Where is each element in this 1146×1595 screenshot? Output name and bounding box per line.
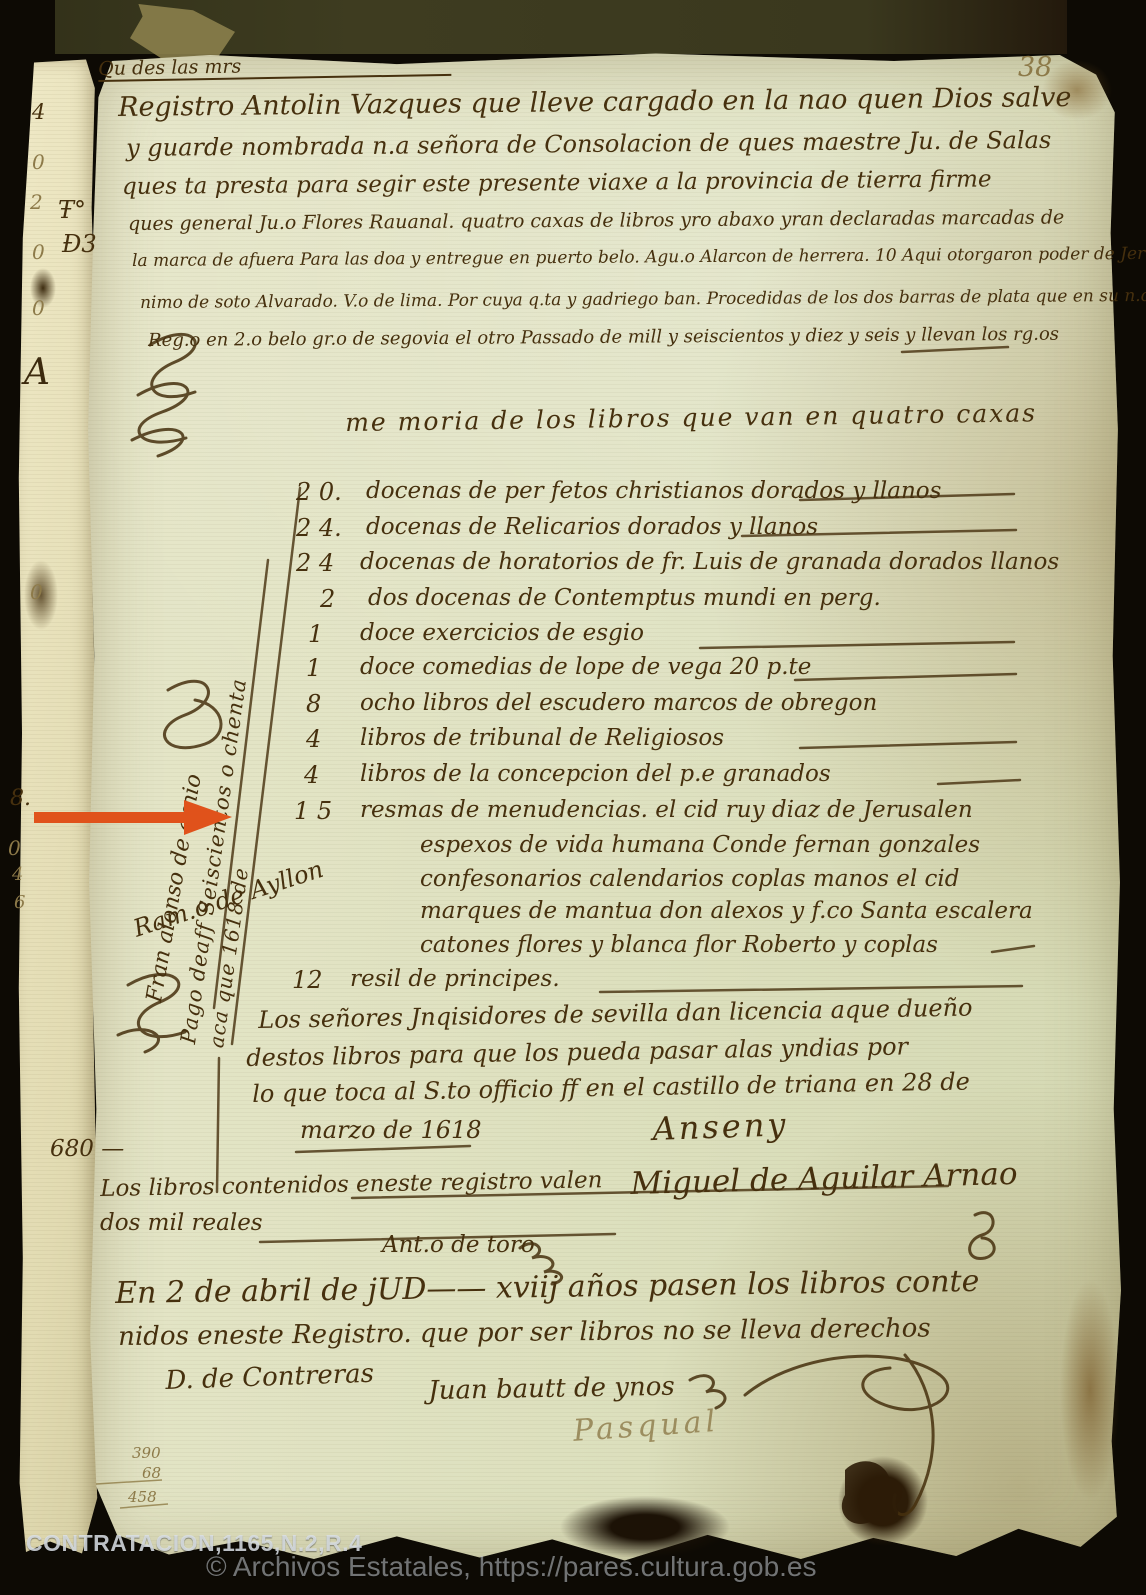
despacho-signature: Juan bautt de ynos: [428, 1372, 675, 1406]
item-text: resmas de menudencias. el cid ruy diaz d…: [360, 797, 973, 823]
item-qty: 12: [292, 966, 323, 994]
spine-figure: 6: [14, 892, 25, 913]
sum-figure: 68: [142, 1464, 161, 1482]
clerk-signature: Ant.o de toro: [382, 1232, 535, 1258]
item-qty: 2 4.: [296, 514, 342, 542]
spine-figure: 4: [32, 100, 45, 124]
spine-figure: 0: [30, 580, 43, 604]
item-text: libros de la concepcion del p.e granados: [360, 761, 831, 787]
sum-figure: 390: [132, 1444, 161, 1462]
spine-figure: A: [24, 352, 50, 393]
folio-number: 38: [1018, 52, 1052, 83]
item-qty: 1 5: [294, 797, 332, 825]
annotation-arrow: [34, 798, 234, 838]
spine-figure: 0: [8, 836, 21, 860]
item-qty: 4: [304, 761, 319, 789]
item-qty: 1: [308, 620, 323, 648]
item-text: libros de tribunal de Religiosos: [360, 725, 724, 751]
valuation-line: dos mil reales: [100, 1210, 263, 1236]
sum-figure: 458: [128, 1488, 157, 1506]
item-text: docenas de horatorios de fr. Luis de gra…: [360, 549, 1059, 575]
item-qty: 1: [306, 654, 321, 682]
spine-figure: 8.: [10, 786, 31, 811]
spine-figure: 0: [32, 296, 45, 320]
spine-figure: 0: [32, 150, 45, 174]
spine-figure: 4: [12, 864, 23, 885]
item-text: catones flores y blanca flor Roberto y c…: [420, 932, 938, 958]
licencia-signature: Anseny: [652, 1105, 789, 1148]
copyright-watermark: © Archivos Estatales, https://pares.cult…: [206, 1551, 817, 1583]
item-qty: 8: [306, 690, 321, 718]
item-qty: 4: [306, 725, 321, 753]
item-qty: 2 0.: [296, 478, 342, 506]
item-text: resil de principes.: [350, 966, 560, 992]
item-text: espexos de vida humana Conde fernan gonz…: [420, 832, 980, 858]
item-text: docenas de per fetos christianos dorados…: [366, 478, 941, 504]
spine-figure: 0: [32, 240, 45, 264]
item-text: ocho libros del escudero marcos de obreg…: [360, 690, 877, 716]
item-text: marques de mantua don alexos y f.co Sant…: [420, 898, 1033, 924]
item-text: dos docenas de Contemptus mundi en perg.: [368, 585, 881, 611]
item-text: doce exercicios de esgio: [360, 620, 644, 646]
spine-figure: 2: [30, 190, 43, 214]
item-text: docenas de Relicarios dorados y llanos: [366, 514, 818, 540]
item-text: confesonarios calendarios coplas manos e…: [420, 866, 959, 892]
item-qty: 2 4: [296, 549, 334, 577]
licencia-date: marzo de 1618: [300, 1116, 482, 1144]
margin-total: 680 —: [50, 1136, 124, 1162]
spine-stamp: Ŧ°: [58, 196, 86, 224]
item-qty: 2: [320, 585, 335, 613]
annotation-arrow-shape: [34, 800, 232, 835]
spine-stamp: Ð3: [62, 230, 97, 258]
scanned-manuscript-page: 4 0 2 0 0 A 0 8. 0 4 6 Ŧ° Ð3 38 Qu des l…: [0, 0, 1146, 1595]
item-text: doce comedias de lope de vega 20 p.te: [360, 654, 811, 680]
